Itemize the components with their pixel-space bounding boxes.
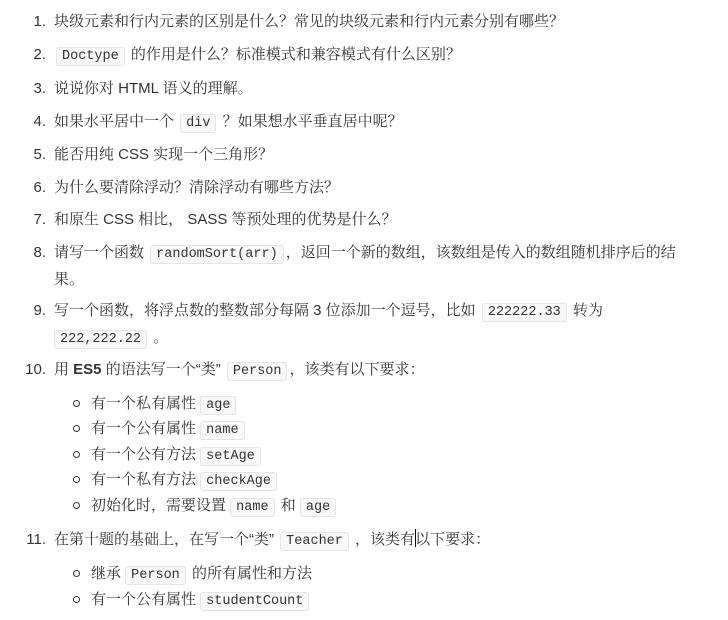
inline-code: age: [200, 396, 236, 415]
inline-code: name: [200, 421, 244, 440]
inline-code: 222,222.22: [54, 330, 147, 349]
circle-bullet-icon: [73, 476, 80, 483]
inline-code: name: [230, 498, 274, 517]
inline-code: randomSort(arr): [150, 245, 284, 264]
inline-code: checkAge: [200, 472, 277, 491]
inline-code: div: [180, 114, 216, 133]
circle-bullet-icon: [73, 425, 80, 432]
circle-bullet-icon: [73, 502, 80, 509]
inline-code: 222222.33: [482, 303, 567, 322]
inline-code: studentCount: [200, 592, 309, 611]
inline-code: age: [300, 498, 336, 517]
circle-bullet-icon: [73, 570, 80, 577]
inline-code: Person: [227, 362, 288, 381]
inline-code: Teacher: [280, 532, 349, 551]
circle-bullet-icon: [73, 451, 80, 458]
inline-code: Doctype: [56, 47, 125, 66]
circle-bullet-icon: [73, 596, 80, 603]
item-text: 块级元素和行内元素的区别是什么？常见的块级元素和行内元素分别有哪些？: [54, 9, 718, 34]
inline-code: setAge: [200, 447, 261, 466]
inline-code: Person: [125, 566, 186, 585]
circle-bullet-icon: [73, 400, 80, 407]
document: 1. 块级元素和行内元素的区别是什么？常见的块级元素和行内元素分别有哪些？ 2.…: [0, 0, 728, 620]
